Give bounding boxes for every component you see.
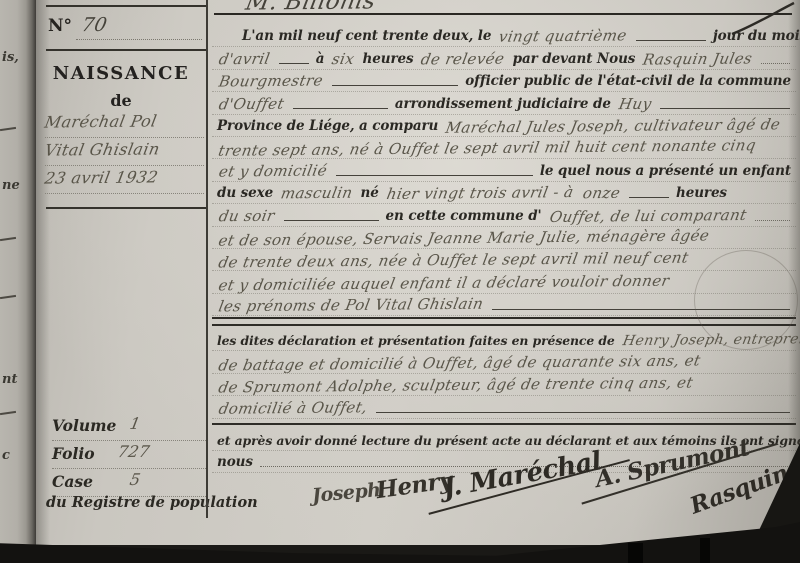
handwritten-entry: les prénoms de Pol Vital Ghislain bbox=[217, 295, 485, 317]
act-subtitle: de bbox=[40, 91, 202, 110]
handwritten-entry: six bbox=[331, 50, 357, 69]
margin-mark bbox=[0, 237, 16, 241]
blank-fill-line bbox=[629, 197, 669, 198]
act-line: d'avril à six heures de relevée par deva… bbox=[212, 47, 796, 69]
handwritten-entry: masculin bbox=[279, 184, 354, 204]
act-number-line: N° 70 bbox=[48, 16, 204, 42]
printed-form-text: à bbox=[316, 50, 325, 69]
blank-fill-line bbox=[336, 175, 533, 176]
handwritten-entry: domicilié à Ouffet, bbox=[217, 398, 369, 419]
blank-fill-line bbox=[660, 108, 790, 109]
margin-mark bbox=[0, 295, 16, 299]
handwritten-entry: 5 bbox=[128, 470, 142, 489]
background-mark bbox=[700, 538, 710, 563]
printed-form-text: heures bbox=[363, 50, 414, 69]
printed-form-text: du sexe bbox=[217, 184, 273, 203]
rule-line bbox=[46, 49, 206, 51]
printed-form-text: nous bbox=[217, 453, 253, 472]
printed-form-text: Province de Liége, a comparu bbox=[217, 117, 438, 136]
blank-fill-line bbox=[279, 63, 309, 64]
handwritten-entry: Vital Ghislain bbox=[43, 139, 161, 159]
handwritten-entry: hier vingt trois avril - à bbox=[385, 183, 575, 204]
act-line: de Sprumont Adolphe, sculpteur, âgé de t… bbox=[212, 374, 796, 396]
blank-fill-line bbox=[636, 40, 706, 41]
margin-text-fragment: nt bbox=[2, 372, 17, 387]
column-separator-line bbox=[206, 0, 208, 518]
handwritten-entry: Huy bbox=[617, 94, 653, 113]
embossed-stamp-circle bbox=[694, 250, 798, 350]
printed-form-text: officier public de l'état-civil de la co… bbox=[465, 72, 791, 91]
act-number-label: N° bbox=[48, 16, 72, 36]
handwritten-entry: Maréchal Jules Joseph, cultivateur âgé d… bbox=[444, 115, 782, 137]
header-rule-line bbox=[214, 13, 792, 15]
handwritten-entry: de relevée bbox=[420, 49, 507, 69]
margin-text-fragment: ne bbox=[2, 178, 20, 193]
handwritten-entry: Bourgmestre bbox=[217, 72, 324, 92]
handwritten-entry: onze bbox=[581, 184, 622, 203]
handwritten-entry: trente sept ans, né à Ouffet le sept avr… bbox=[217, 137, 758, 162]
act-line: Bourgmestre officier public de l'état-ci… bbox=[212, 70, 796, 92]
handwritten-entry: d'Ouffet bbox=[217, 94, 286, 114]
handwritten-entry: Maréchal Pol bbox=[43, 111, 158, 131]
dotted-fill-line bbox=[755, 220, 790, 221]
handwritten-entry: de trente deux ans, née à Ouffet le sept… bbox=[217, 249, 690, 273]
printed-form-text: jour du mois, bbox=[713, 27, 800, 46]
act-line: Province de Liége, a comparu Maréchal Ju… bbox=[212, 115, 796, 137]
previous-page-edge: is, ne nt c bbox=[0, 0, 38, 563]
printed-form-text: par devant Nous bbox=[513, 50, 636, 69]
dotted-fill-line bbox=[761, 63, 790, 64]
handwritten-entry: 1 bbox=[128, 414, 142, 433]
margin-mark bbox=[0, 127, 16, 131]
handwritten-entry: vingt quatrième bbox=[497, 27, 628, 47]
margin-text-fragment: is, bbox=[2, 50, 19, 65]
margin-mark bbox=[0, 411, 16, 415]
blank-fill-line bbox=[284, 220, 379, 221]
handwritten-entry: 23 avril 1932 bbox=[43, 167, 160, 187]
handwritten-entry: Ouffet, de lui comparant bbox=[548, 205, 748, 226]
printed-form-text: les dites déclaration et présentation fa… bbox=[217, 331, 615, 350]
blank-fill-line bbox=[332, 85, 458, 86]
registry-folio-row: Folio 727 bbox=[52, 444, 206, 469]
printed-form-text: le quel nous a présenté un enfant bbox=[540, 162, 791, 181]
register-photo: is, ne nt c N° 70 NAISSANCE de Maréchal … bbox=[0, 0, 800, 563]
handwritten-entry: 727 bbox=[116, 442, 151, 461]
child-name-line: Vital Ghislain bbox=[45, 140, 204, 166]
margin-text-fragment: c bbox=[2, 448, 10, 463]
registry-volume-row: Volume 1 bbox=[52, 416, 206, 441]
rule-line bbox=[46, 5, 206, 7]
handwritten-entry: du soir bbox=[217, 206, 276, 226]
act-line: et de son épouse, Servais Jeanne Marie J… bbox=[212, 227, 796, 249]
registry-note: du Registre de population bbox=[46, 494, 258, 511]
registry-label: Folio bbox=[52, 444, 95, 463]
act-line: trente sept ans, né à Ouffet le sept avr… bbox=[212, 137, 796, 159]
act-line: de battage et domicilié à Ouffet, âgé de… bbox=[212, 351, 796, 373]
blank-fill-line bbox=[293, 108, 388, 109]
blank-fill-line bbox=[376, 412, 790, 413]
printed-form-text: né bbox=[360, 184, 378, 203]
printed-form-text: L'an mil neuf cent trente deux, le bbox=[242, 27, 491, 46]
act-line: et y domicilié le quel nous a présenté u… bbox=[212, 159, 796, 181]
registry-label: Volume bbox=[52, 416, 116, 435]
printed-form-text: arrondissement judiciaire de bbox=[395, 95, 611, 114]
background-mark bbox=[628, 543, 643, 563]
handwritten-entry: et y domiciliée auquel enfant il a décla… bbox=[217, 271, 671, 295]
section-divider-rule bbox=[212, 423, 796, 425]
child-name-line: Maréchal Pol bbox=[45, 112, 204, 138]
handwritten-entry: et de son épouse, Servais Jeanne Marie J… bbox=[217, 226, 711, 250]
printed-form-text: en cette commune d' bbox=[386, 207, 542, 226]
handwritten-entry: et y domicilié bbox=[217, 161, 329, 181]
act-line: du soir en cette commune d' Ouffet, de l… bbox=[212, 204, 796, 226]
act-line: d'Ouffet arrondissement judiciaire de Hu… bbox=[212, 92, 796, 114]
printed-form-text: heures bbox=[676, 184, 727, 203]
handwritten-entry: de Sprumont Adolphe, sculpteur, âgé de t… bbox=[217, 374, 695, 398]
act-line: du sexe masculin né hier vingt trois avr… bbox=[212, 182, 796, 204]
rule-line bbox=[46, 207, 206, 209]
act-line: L'an mil neuf cent trente deux, le vingt… bbox=[212, 25, 796, 47]
act-title: NAISSANCE bbox=[40, 63, 202, 84]
registry-label: Case bbox=[52, 472, 93, 491]
act-number-value: 70 bbox=[80, 14, 109, 36]
handwritten-entry: de battage et domicilié à Ouffet, âgé de… bbox=[217, 351, 702, 375]
act-body: L'an mil neuf cent trente deux, le vingt… bbox=[212, 25, 796, 473]
handwritten-entry: d'avril bbox=[217, 50, 271, 70]
act-margin-column: N° 70 NAISSANCE de Maréchal Pol Vital Gh… bbox=[40, 0, 210, 545]
handwritten-entry: Rasquin Jules bbox=[641, 49, 754, 69]
act-line: domicilié à Ouffet, bbox=[212, 396, 796, 418]
act-date-line: 23 avril 1932 bbox=[45, 168, 204, 194]
dotted-line bbox=[76, 39, 202, 40]
